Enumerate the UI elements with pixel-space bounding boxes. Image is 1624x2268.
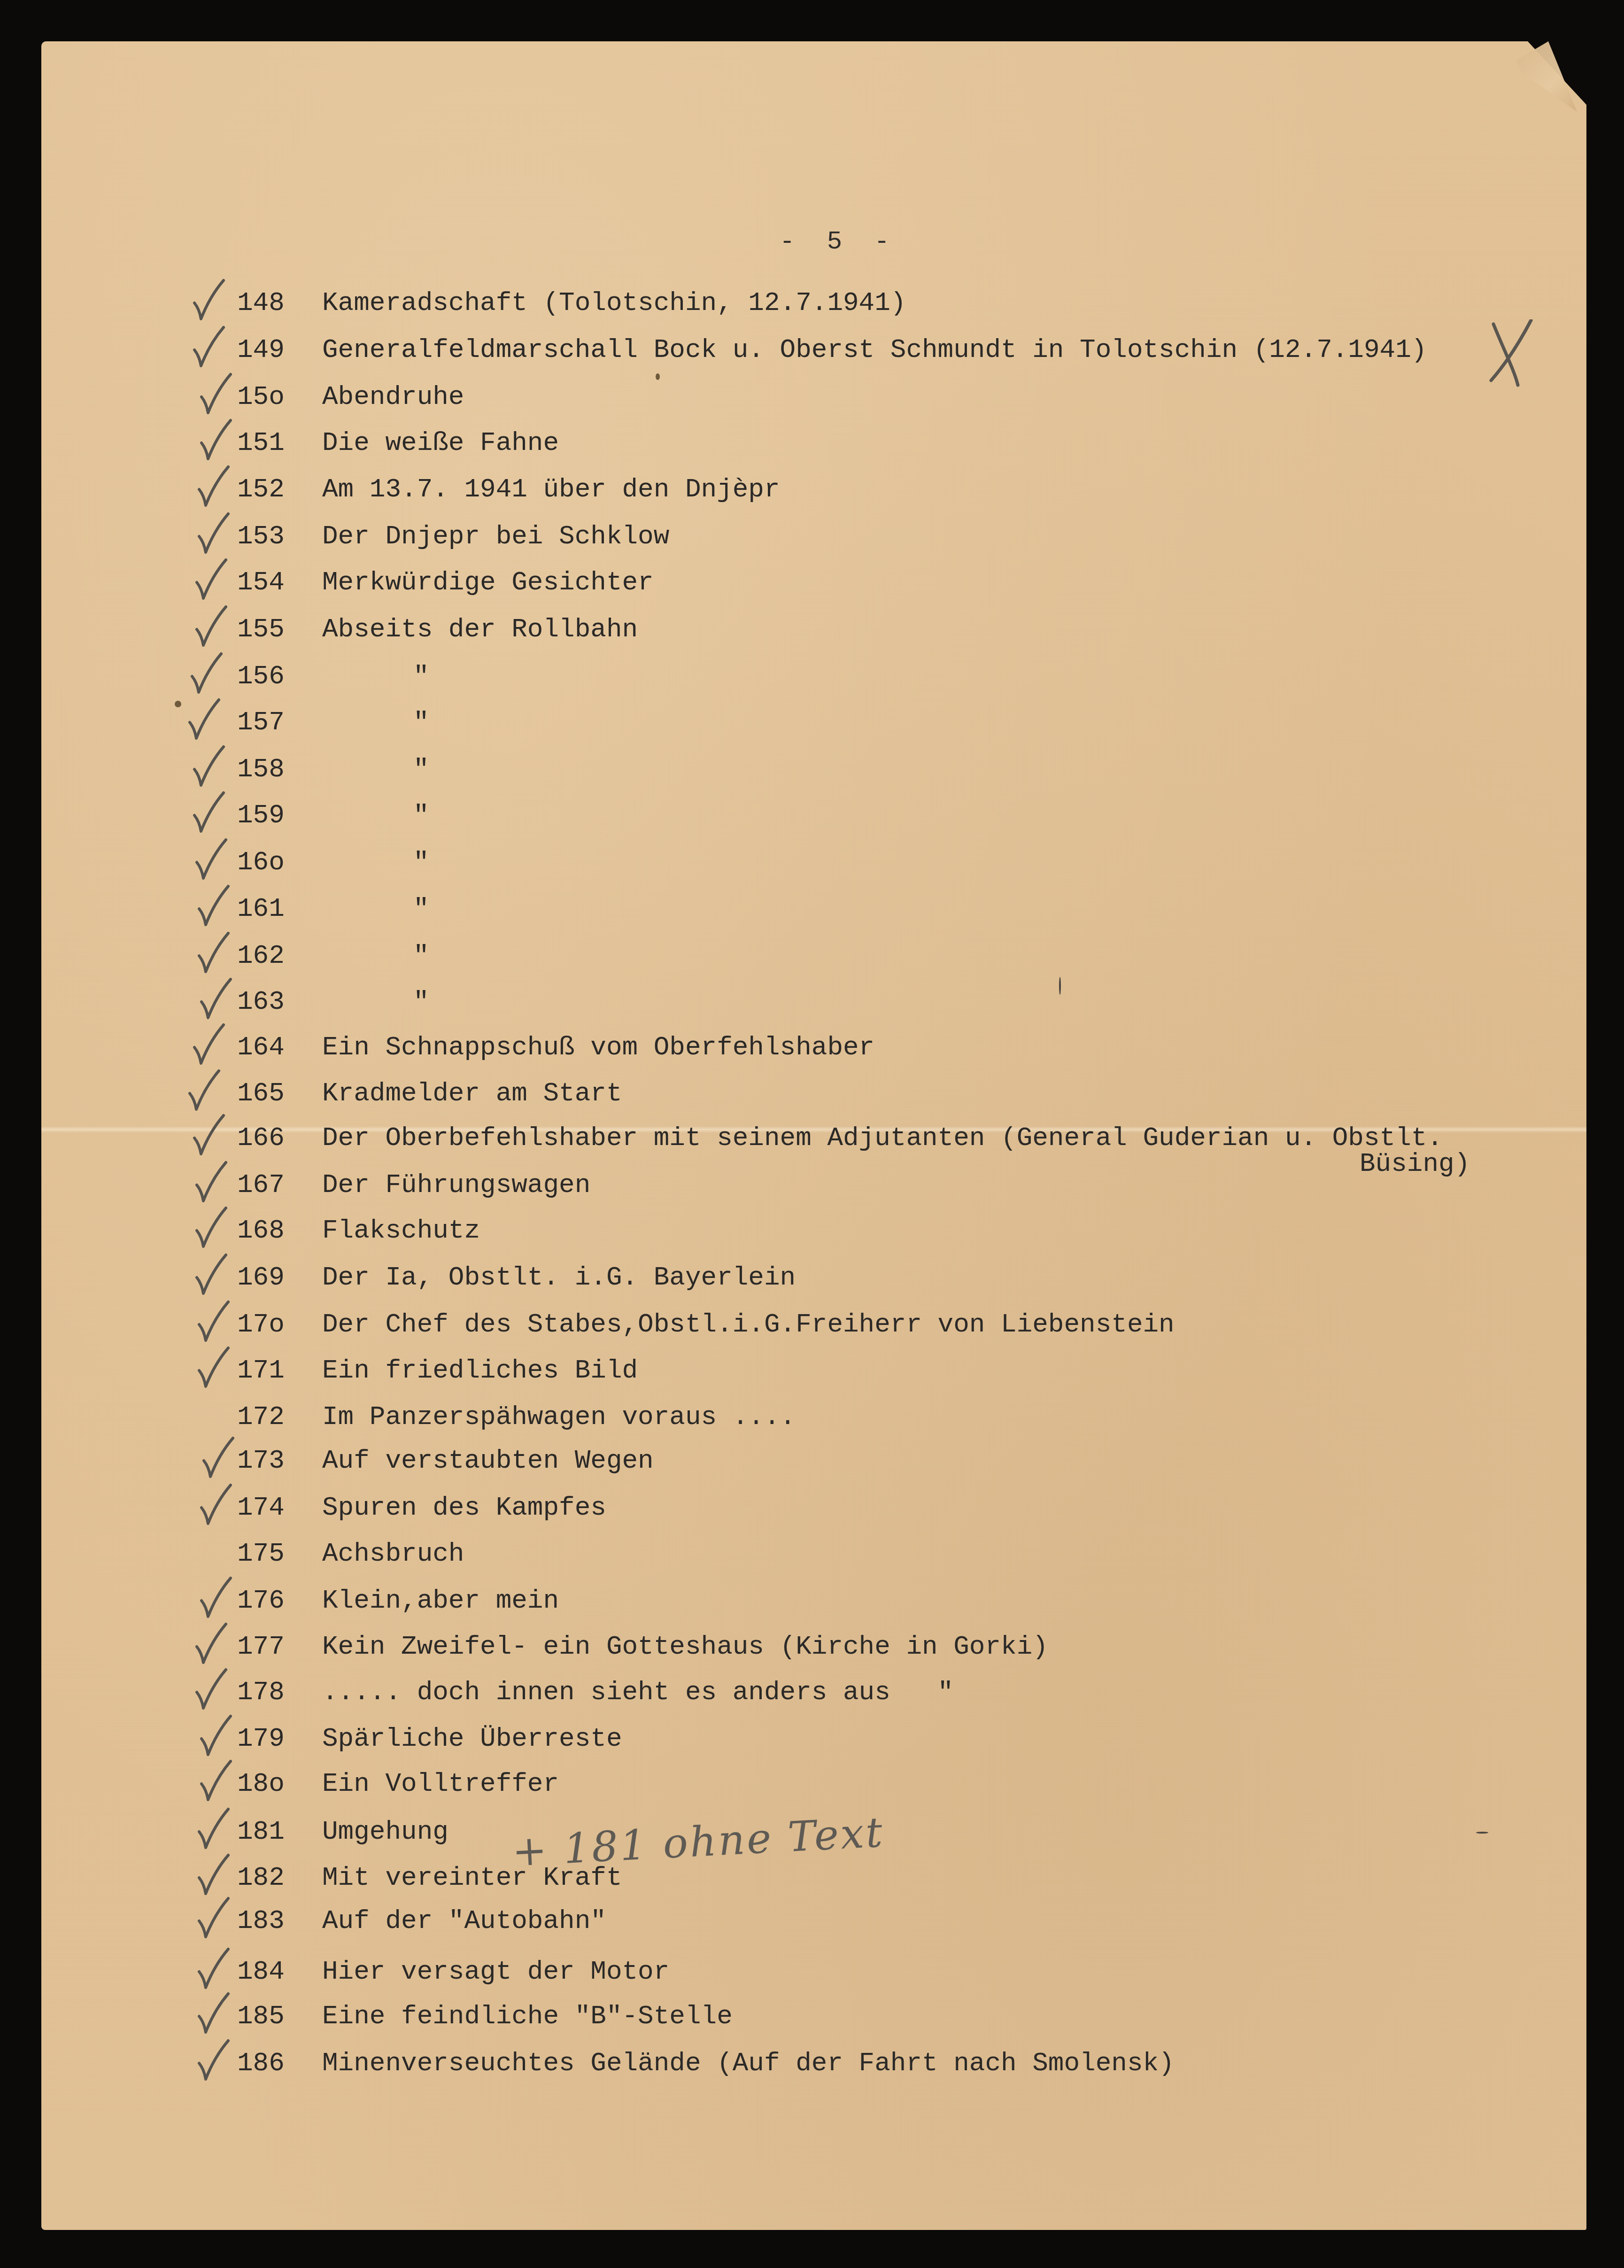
entry-number: 179	[237, 1725, 312, 1753]
entry-title: "	[413, 755, 429, 783]
pencil-checkmark-icon	[200, 977, 232, 1020]
entry-title: "	[413, 801, 429, 829]
entry-number: 15o	[237, 383, 312, 411]
entry-title: Am 13.7. 1941 über den Dnjèpr	[322, 475, 780, 503]
entry-title: Minenverseuchtes Gelände (Auf der Fahrt …	[322, 2049, 1175, 2077]
entry-number: 149	[237, 336, 312, 364]
entry-number: 173	[237, 1447, 312, 1475]
entry-title: Merkwürdige Gesichter	[322, 568, 654, 596]
pencil-checkmark-icon	[202, 1436, 235, 1478]
entry-number: 17o	[237, 1310, 312, 1339]
entry-number: 178	[237, 1678, 312, 1706]
entry-title: Eine feindliche "B"-Stelle	[322, 2002, 733, 2030]
pencil-checkmark-icon	[197, 884, 230, 927]
pencil-checkmark-icon	[195, 1253, 228, 1295]
entry-number: 163	[237, 988, 312, 1016]
entry-number: 185	[237, 2002, 312, 2030]
entry-number: 165	[237, 1079, 312, 1107]
entry-number: 156	[237, 662, 312, 690]
pencil-checkmark-icon	[200, 1483, 232, 1525]
entry-title: Der Oberbefehlshaber mit seinem Adjutant…	[322, 1124, 1443, 1152]
entry-number: 175	[237, 1540, 312, 1568]
pencil-checkmark-icon	[193, 279, 225, 321]
entry-title: "	[413, 988, 429, 1016]
pencil-checkmark-icon	[197, 1346, 230, 1388]
entry-number: 151	[237, 429, 312, 457]
entry-title: Der Dnjepr bei Schklow	[322, 522, 669, 550]
entry-number: 177	[237, 1633, 312, 1661]
entry-number: 168	[237, 1216, 312, 1245]
entry-number: 169	[237, 1263, 312, 1292]
entry-title: Ein Volltreffer	[322, 1770, 559, 1798]
entry-title: "	[413, 708, 429, 736]
pencil-checkmark-icon	[197, 2039, 230, 2081]
entry-title: "	[413, 942, 429, 970]
pencil-checkmark-icon	[193, 325, 225, 368]
entry-number: 174	[237, 1494, 312, 1522]
entry-number: 157	[237, 708, 312, 736]
pencil-checkmark-icon	[188, 1069, 221, 1111]
entry-number: 183	[237, 1907, 312, 1935]
pencil-checkmark-icon	[200, 1576, 232, 1618]
entry-number: 166	[237, 1124, 312, 1152]
entry-number: 164	[237, 1033, 312, 1061]
entry-number: 154	[237, 568, 312, 596]
pencil-checkmark-icon	[193, 1114, 225, 1156]
pencil-checkmark-icon	[195, 605, 228, 647]
entry-title: Der Ia, Obstlt. i.G. Bayerlein	[322, 1263, 796, 1292]
pencil-checkmark-icon	[190, 652, 223, 694]
pencil-checkmark-icon	[197, 1947, 230, 1989]
entry-number: 182	[237, 1864, 312, 1892]
pencil-checkmark-icon	[197, 931, 230, 974]
entry-number: 18o	[237, 1770, 312, 1798]
entry-number: 176	[237, 1587, 312, 1615]
pencil-x-mark-icon	[1489, 319, 1533, 390]
pencil-checkmark-icon	[188, 698, 221, 740]
entry-number: 184	[237, 1958, 312, 1986]
pencil-checkmark-icon	[195, 1206, 228, 1248]
pencil-checkmark-icon	[197, 512, 230, 554]
pencil-checkmark-icon	[197, 1896, 230, 1939]
entry-number: 181	[237, 1818, 312, 1846]
entry-number: 152	[237, 475, 312, 503]
entry-title: "	[413, 662, 429, 690]
entry-title: Auf verstaubten Wegen	[322, 1447, 654, 1475]
entry-number: 162	[237, 942, 312, 970]
entry-title: Der Chef des Stabes,Obstl.i.G.Freiherr v…	[322, 1310, 1175, 1339]
pencil-stroke	[1476, 1832, 1488, 1834]
pencil-checkmark-icon	[200, 1759, 232, 1802]
pencil-checkmark-icon	[195, 1161, 228, 1203]
entry-title: Im Panzerspähwagen voraus ....	[322, 1403, 796, 1431]
pencil-checkmark-icon	[197, 1807, 230, 1850]
ink-speck	[656, 373, 660, 380]
entry-number: 171	[237, 1356, 312, 1385]
pencil-checkmark-icon	[200, 1714, 232, 1757]
entry-title: Hier versagt der Motor	[322, 1958, 669, 1986]
entry-title: Auf der "Autobahn"	[322, 1907, 606, 1935]
entry-number: 172	[237, 1403, 312, 1431]
page-number: - 5 -	[780, 228, 898, 256]
pencil-checkmark-icon	[197, 465, 230, 507]
pencil-checkmark-icon	[193, 791, 225, 833]
entry-number: 161	[237, 895, 312, 923]
entry-title: Ein Schnappschuß vom Oberfehlshaber	[322, 1033, 874, 1061]
entry-title: Generalfeldmarschall Bock u. Oberst Schm…	[322, 336, 1427, 364]
entry-title: Kradmelder am Start	[322, 1079, 622, 1107]
pencil-checkmark-icon	[195, 838, 228, 880]
entry-title: Umgehung	[322, 1818, 449, 1846]
pencil-stroke	[1059, 977, 1061, 995]
entry-title: Spärliche Überreste	[322, 1725, 622, 1753]
pencil-checkmark-icon	[197, 1992, 230, 2034]
pencil-checkmark-icon	[197, 1300, 230, 1342]
entry-title: ..... doch innen sieht es anders aus "	[322, 1678, 953, 1706]
entry-title: Die weiße Fahne	[322, 429, 559, 457]
entry-title-continuation: Büsing)	[1360, 1150, 1470, 1178]
entry-number: 167	[237, 1171, 312, 1199]
entry-number: 159	[237, 801, 312, 829]
entry-number: 155	[237, 615, 312, 643]
entry-title: Kein Zweifel- ein Gotteshaus (Kirche in …	[322, 1633, 1048, 1661]
entry-title: "	[413, 848, 429, 876]
entry-title: Ein friedliches Bild	[322, 1356, 638, 1385]
entry-title: "	[413, 895, 429, 923]
entry-number: 186	[237, 2049, 312, 2077]
pencil-checkmark-icon	[193, 1023, 225, 1065]
entry-number: 16o	[237, 848, 312, 876]
ink-speck	[175, 701, 181, 707]
entry-title: Abendruhe	[322, 383, 464, 411]
entry-title: Kameradschaft (Tolotschin, 12.7.1941)	[322, 289, 906, 317]
pencil-checkmark-icon	[195, 1668, 228, 1710]
entry-title: Achsbruch	[322, 1540, 464, 1568]
entry-title: Flakschutz	[322, 1216, 480, 1245]
pencil-checkmark-icon	[195, 558, 228, 600]
entry-number: 158	[237, 755, 312, 783]
entry-title: Klein,aber mein	[322, 1587, 559, 1615]
pencil-checkmark-icon	[197, 1853, 230, 1896]
entry-title: Abseits der Rollbahn	[322, 615, 638, 643]
entry-title: Der Führungswagen	[322, 1171, 590, 1199]
entry-title: Spuren des Kampfes	[322, 1494, 606, 1522]
pencil-checkmark-icon	[195, 1622, 228, 1664]
entry-number: 153	[237, 522, 312, 550]
pencil-checkmark-icon	[193, 745, 225, 787]
pencil-checkmark-icon	[200, 372, 232, 415]
pencil-checkmark-icon	[200, 418, 232, 461]
entry-number: 148	[237, 289, 312, 317]
